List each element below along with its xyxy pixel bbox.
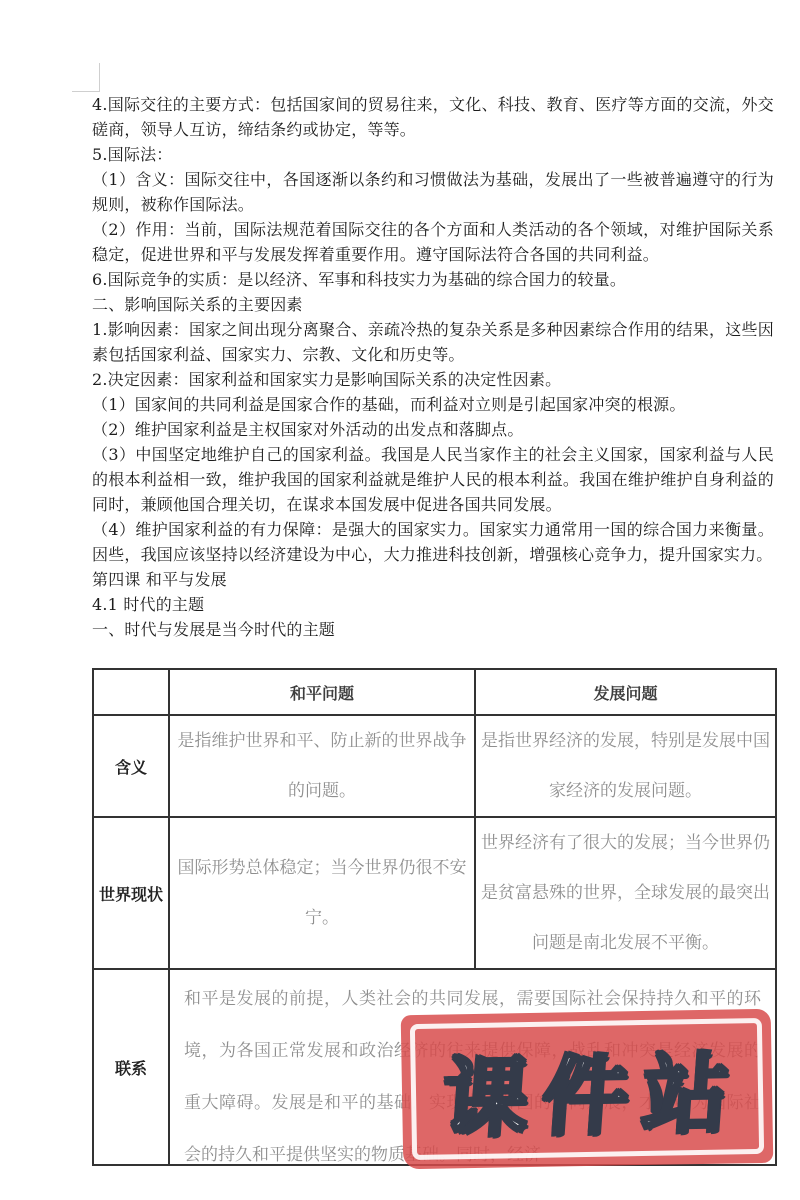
watermark-stamp-text: 课件站 [427, 1024, 748, 1154]
table-corner-cell [93, 669, 169, 715]
cell-status-development: 世界经济有了很大的发展；当今世界仍是贫富悬殊的世界，全球发展的最突出问题是南北发… [475, 817, 776, 969]
paragraph: （3）中国坚定地维护自己的国家利益。我国是人民当家作主的社会主义国家，国家利益与… [92, 442, 774, 517]
paragraph: 4.国际交往的主要方式：包括国家间的贸易往来，文化、科技、教育、医疗等方面的交流… [92, 92, 774, 142]
cell-meaning-peace: 是指维护世界和平、防止新的世界战争的问题。 [169, 715, 475, 817]
section-heading: 一、时代与发展是当今时代的主题 [92, 617, 774, 642]
paragraph: （1）含义：国际交往中，各国逐渐以条约和习惯做法为基础，发展出了一些被普遍遵守的… [92, 167, 774, 217]
row-label-world-status: 世界现状 [93, 817, 169, 969]
column-header-peace: 和平问题 [169, 669, 475, 715]
paragraph: 6.国际竞争的实质：是以经济、军事和科技实力为基础的综合国力的较量。 [92, 267, 774, 292]
paragraph: （2）作用：当前，国际法规范着国际交往的各个方面和人类活动的各个领域，对维护国际… [92, 217, 774, 267]
table-row: 世界现状 国际形势总体稳定；当今世界仍很不安宁。 世界经济有了很大的发展；当今世… [93, 817, 776, 969]
section-heading: 二、影响国际关系的主要因素 [92, 292, 774, 317]
paragraph: 5.国际法： [92, 142, 774, 167]
row-label-connection: 联系 [93, 969, 169, 1165]
column-header-development: 发展问题 [475, 669, 776, 715]
paragraph: 2.决定因素：国家利益和国家实力是影响国际关系的决定性因素。 [92, 367, 774, 392]
document-body: 4.国际交往的主要方式：包括国家间的贸易往来，文化、科技、教育、医疗等方面的交流… [92, 92, 774, 642]
watermark-stamp: 课件站 [401, 1009, 774, 1169]
paragraph: 1.影响因素：国家之间出现分离聚合、亲疏冷热的复杂关系是多种因素综合作用的结果，… [92, 317, 774, 367]
lesson-heading: 第四课 和平与发展 [92, 567, 774, 592]
row-label-meaning: 含义 [93, 715, 169, 817]
table-header-row: 和平问题 发展问题 [93, 669, 776, 715]
cell-status-peace: 国际形势总体稳定；当今世界仍很不安宁。 [169, 817, 475, 969]
cell-meaning-development: 是指世界经济的发展，特别是发展中国家经济的发展问题。 [475, 715, 776, 817]
paragraph: （2）维护国家利益是主权国家对外活动的出发点和落脚点。 [92, 417, 774, 442]
lesson-subheading: 4.1 时代的主题 [92, 592, 774, 617]
paragraph: （4）维护国家利益的有力保障：是强大的国家实力。国家实力通常用一国的综合国力来衡… [92, 517, 774, 567]
page-margin-corner-mark [72, 63, 100, 92]
document-page: { "doc": { "paragraphs": [ "4.国际交往的主要方式：… [0, 0, 800, 1200]
paragraph: （1）国家间的共同利益是国家合作的基础，而利益对立则是引起国家冲突的根源。 [92, 392, 774, 417]
table-row: 含义 是指维护世界和平、防止新的世界战争的问题。 是指世界经济的发展，特别是发展… [93, 715, 776, 817]
